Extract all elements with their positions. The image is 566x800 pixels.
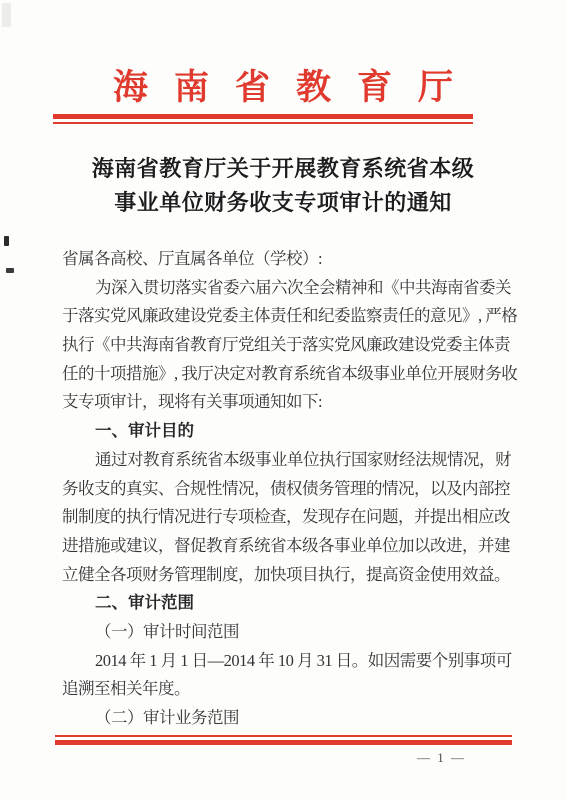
body-line: （一）审计时间范围 — [62, 618, 508, 647]
scan-artifact — [6, 268, 14, 273]
body-line: 省属各高校、厅直属各单位（学校）: — [62, 245, 508, 274]
body-line: 任的十项措施》, 我厅决定对教育系统省本级事业单位开展财务收 — [62, 360, 508, 389]
body-line: 支专项审计，现将有关事项通知如下: — [62, 388, 508, 417]
letterhead-divider — [53, 114, 473, 124]
body-line: 务收支的真实、合规性情况，债权债务管理的情况，以及内部控 — [62, 475, 508, 504]
letterhead-agency-name: 海南省教育厅 — [0, 60, 566, 110]
body-line: 追溯至相关年度。 — [62, 675, 508, 704]
body-line: 立健全各项财务管理制度，加快项目执行，提高资金使用效益。 — [62, 561, 508, 590]
document-title-line-1: 海南省教育厅关于开展教育系统省本级 — [30, 152, 536, 186]
divider-thin-rule — [53, 122, 473, 124]
divider-thick-rule — [55, 740, 512, 745]
section-heading: 一、审计目的 — [62, 417, 508, 446]
body-line: 为深入贯切落实省委六届六次全会精神和《中共海南省委关 — [62, 274, 508, 303]
document-title-line-2: 事业单位财务收支专项审计的通知 — [30, 186, 536, 220]
body-line: （二）审计业务范围 — [62, 704, 508, 733]
scan-artifact — [4, 236, 9, 246]
body-line: 执行《中共海南省教育厅党组关于落实党风廉政建设党委主体责 — [62, 331, 508, 360]
body-line: 进措施或建议，督促教育系统省本级各事业单位加以改进，并建 — [62, 532, 508, 561]
document-body: 省属各高校、厅直属各单位（学校）:为深入贯切落实省委六届六次全会精神和《中共海南… — [62, 245, 508, 733]
body-line: 2014 年 1 月 1 日—2014 年 10 月 31 日。如因需要个别事项… — [62, 647, 508, 676]
document-title: 海南省教育厅关于开展教育系统省本级 事业单位财务收支专项审计的通知 — [30, 152, 536, 220]
scanned-document-page: 海南省教育厅 海南省教育厅关于开展教育系统省本级 事业单位财务收支专项审计的通知… — [0, 0, 566, 800]
body-line: 于落实党风廉政建设党委主体责任和纪委监察责任的意见》, 严格 — [62, 302, 508, 331]
page-number: — 1 — — [417, 750, 466, 766]
section-heading: 二、审计范围 — [62, 589, 508, 618]
scan-artifact — [2, 3, 11, 27]
body-line: 通过对教育系统省本级事业单位执行国家财经法规情况，财 — [62, 446, 508, 475]
footer-divider — [55, 735, 512, 745]
body-line: 制制度的执行情况进行专项检查，发现存在问题，并提出相应改 — [62, 503, 508, 532]
